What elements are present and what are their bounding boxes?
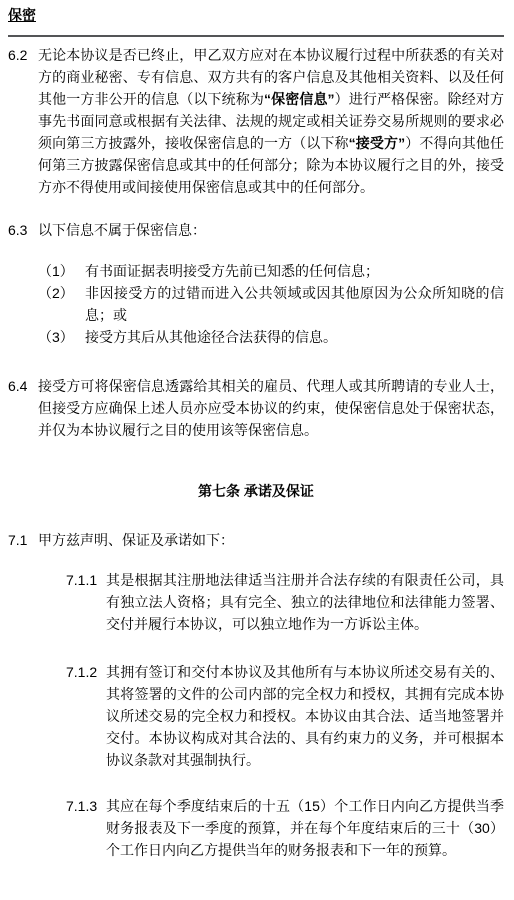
clause-text: 无论本协议是否已终止，甲乙双方应对在本协议履行过程中所获悉的有关对方的商业秘密、…: [38, 44, 504, 198]
clause-text: 甲方兹声明、保证及承诺如下：: [38, 529, 504, 551]
clause-number: 7.1.3: [66, 795, 106, 817]
subitem-label: （3）: [38, 326, 85, 348]
clause-7-1-3: 7.1.3 其应在每个季度结束后的十五（15）个工作日内向乙方提供当季财务报表及…: [66, 795, 504, 861]
clause-text: 其是根据其注册地法律适当注册并合法存续的有限责任公司，具有独立法人资格；具有完全…: [106, 569, 504, 635]
subitem-label: （1）: [38, 260, 85, 282]
subitem-3: （3） 接受方其后从其他途径合法获得的信息。: [38, 326, 504, 348]
subitem-text: 非因接受方的过错而进入公共领域或因其他原因为公众所知晓的信息；或: [85, 282, 504, 326]
clause-6-4: 6.4 接受方可将保密信息透露给其相关的雇员、代理人或其所聘请的专业人士，但接受…: [8, 375, 504, 441]
contract-page: 保密 6.2 无论本协议是否已终止，甲乙双方应对在本协议履行过程中所获悉的有关对…: [0, 0, 514, 900]
subitem-label: （2）: [38, 282, 85, 304]
clause-number: 6.2: [8, 44, 38, 66]
clause-number: 7.1: [8, 529, 38, 551]
clause-6-3: 6.3 以下信息不属于保密信息：: [8, 219, 504, 241]
chapter-heading: 第七条 承诺及保证: [8, 480, 504, 502]
section-title: 保密: [8, 4, 36, 26]
horizontal-divider: [8, 35, 504, 37]
clause-text: 其拥有签订和交付本协议及其他所有与本协议所述交易有关的、其将签署的文件的公司内部…: [106, 661, 504, 771]
clause-number: 6.3: [8, 219, 38, 241]
clause-text: 接受方可将保密信息透露给其相关的雇员、代理人或其所聘请的专业人士，但接受方应确保…: [38, 375, 504, 441]
clause-7-1: 7.1 甲方兹声明、保证及承诺如下：: [8, 529, 504, 551]
clause-7-1-2: 7.1.2 其拥有签订和交付本协议及其他所有与本协议所述交易有关的、其将签署的文…: [66, 661, 504, 771]
clause-7-1-1: 7.1.1 其是根据其注册地法律适当注册并合法存续的有限责任公司，具有独立法人资…: [66, 569, 504, 635]
clause-6-3-subitems: （1） 有书面证据表明接受方先前已知悉的任何信息； （2） 非因接受方的过错而进…: [38, 260, 504, 348]
subitem-1: （1） 有书面证据表明接受方先前已知悉的任何信息；: [38, 260, 504, 282]
clause-text: 其应在每个季度结束后的十五（15）个工作日内向乙方提供当季财务报表及下一季度的预…: [106, 795, 504, 861]
clause-text: 以下信息不属于保密信息：: [38, 219, 504, 241]
subitem-text: 接受方其后从其他途径合法获得的信息。: [85, 326, 504, 348]
subitem-text: 有书面证据表明接受方先前已知悉的任何信息；: [85, 260, 504, 282]
clause-number: 7.1.1: [66, 569, 106, 591]
clause-number: 7.1.2: [66, 661, 106, 683]
clause-6-2: 6.2 无论本协议是否已终止，甲乙双方应对在本协议履行过程中所获悉的有关对方的商…: [8, 44, 504, 198]
subitem-2: （2） 非因接受方的过错而进入公共领域或因其他原因为公众所知晓的信息；或: [38, 282, 504, 326]
clause-number: 6.4: [8, 375, 38, 397]
